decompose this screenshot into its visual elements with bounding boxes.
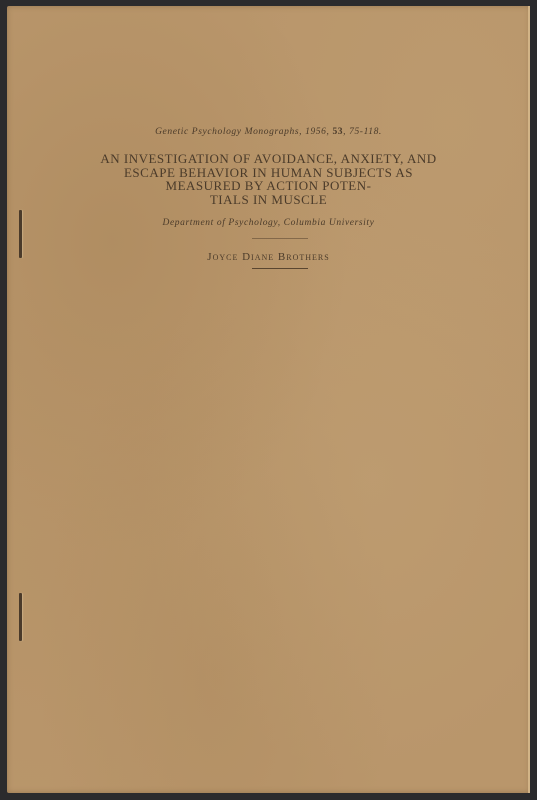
document-title: An Investigation of Avoidance, Anxiety, … [7, 152, 530, 206]
journal-volume: 53 [332, 127, 343, 137]
title-line: Escape Behavior in Human Subjects as [7, 166, 530, 180]
journal-year: 1956, [305, 127, 329, 137]
staple-bottom [19, 593, 22, 641]
department-affiliation: Department of Psychology, Columbia Unive… [7, 218, 530, 228]
title-line: tials in Muscle [7, 193, 530, 207]
title-line: An Investigation of Avoidance, Anxiety, … [7, 152, 530, 166]
journal-citation: Genetic Psychology Monographs, 1956, 53,… [7, 127, 530, 137]
divider-rule-upper [252, 238, 308, 239]
cover-edge [528, 6, 530, 793]
journal-name: Genetic Psychology Monographs, [155, 127, 302, 137]
journal-pages: , 75-118. [343, 127, 382, 137]
divider-rule-lower [252, 268, 308, 269]
author-name: Joyce Diane Brothers [7, 251, 530, 263]
title-line: Measured by Action Poten- [7, 179, 530, 193]
monograph-cover: Genetic Psychology Monographs, 1956, 53,… [7, 6, 530, 793]
